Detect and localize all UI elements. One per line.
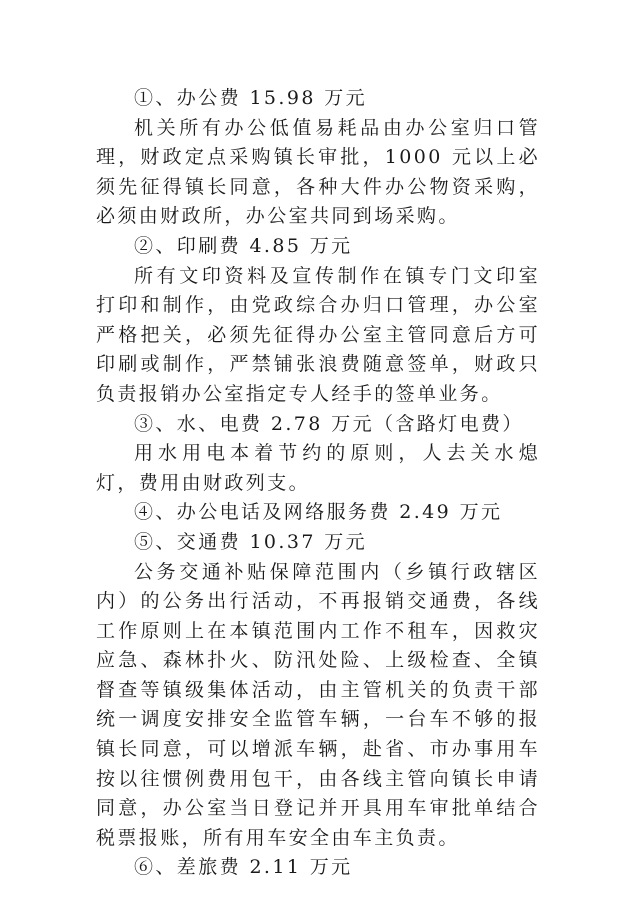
- section-heading-transport-expenses: ⑤、交通费 10.37 万元: [96, 528, 540, 558]
- section-body-utilities-expenses: 用水用电本着节约的原则，人去关水熄灯，费用由财政列支。: [96, 439, 540, 498]
- document-page: ①、办公费 15.98 万元 机关所有办公低值易耗品由办公室归口管理，财政定点采…: [96, 84, 540, 883]
- section-heading-telecom-expenses: ④、办公电话及网络服务费 2.49 万元: [96, 498, 540, 528]
- section-heading-office-expenses: ①、办公费 15.98 万元: [96, 84, 540, 114]
- section-body-printing-expenses: 所有文印资料及宣传制作在镇专门文印室打印和制作，由党政综合办归口管理，办公室严格…: [96, 262, 540, 410]
- section-body-transport-expenses: 公务交通补贴保障范围内（乡镇行政辖区内）的公务出行活动，不再报销交通费，各线工作…: [96, 558, 540, 854]
- section-heading-printing-expenses: ②、印刷费 4.85 万元: [96, 232, 540, 262]
- section-heading-travel-expenses: ⑥、差旅费 2.11 万元: [96, 853, 540, 883]
- section-body-office-expenses: 机关所有办公低值易耗品由办公室归口管理，财政定点采购镇长审批，1000 元以上必…: [96, 114, 540, 232]
- section-heading-utilities-expenses: ③、水、电费 2.78 万元（含路灯电费）: [96, 410, 540, 440]
